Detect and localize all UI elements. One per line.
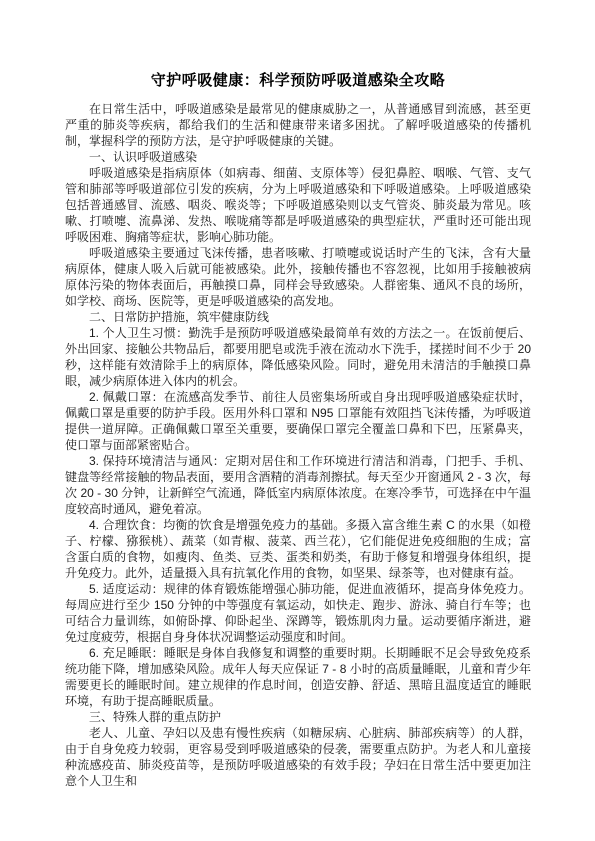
body-paragraph: 呼吸道感染主要通过飞沫传播，患者咳嗽、打喷嚏或说话时产生的飞沫，含有大量病原体，… (65, 245, 531, 309)
closing-paragraph: 老人、儿童、孕妇以及患有慢性疾病（如糖尿病、心脏病、肺部疾病等）的人群，由于自身… (65, 725, 531, 789)
section-heading-3: 三、特殊人群的重点防护 (65, 709, 531, 725)
intro-paragraph: 在日常生活中，呼吸道感染是最常见的健康威胁之一，从普通感冒到流感，甚至更严重的肺… (65, 101, 531, 149)
list-item-paragraph-1: 1. 个人卫生习惯：勤洗手是预防呼吸道感染最简单有效的方法之一。在饭前便后、外出… (65, 325, 531, 389)
body-paragraph: 呼吸道感染是指病原体（如病毒、细菌、支原体等）侵犯鼻腔、咽喉、气管、支气管和肺部… (65, 165, 531, 245)
list-item-paragraph-5: 5. 适度运动：规律的体育锻炼能增强心肺功能，促进血液循环，提高身体免疫力。每周… (65, 581, 531, 645)
list-item-paragraph-2: 2. 佩戴口罩：在流感高发季节、前往人员密集场所或自身出现呼吸道感染症状时，佩戴… (65, 389, 531, 453)
document-page: 守护呼吸健康：科学预防呼吸道感染全攻略 在日常生活中，呼吸道感染是最常见的健康威… (0, 0, 595, 841)
section-heading-2: 二、日常防护措施，筑牢健康防线 (65, 309, 531, 325)
list-item-paragraph-6: 6. 充足睡眠：睡眠是身体自我修复和调整的重要时期。长期睡眠不足会导致免疫系统功… (65, 645, 531, 709)
page-title: 守护呼吸健康：科学预防呼吸道感染全攻略 (65, 70, 531, 92)
section-heading-1: 一、认识呼吸道感染 (65, 149, 531, 165)
list-item-paragraph-3: 3. 保持环境清洁与通风：定期对居住和工作环境进行清洁和消毒，门把手、手机、键盘… (65, 453, 531, 517)
list-item-paragraph-4: 4. 合理饮食：均衡的饮食是增强免疫力的基础。多摄入富含维生素 C 的水果（如橙… (65, 517, 531, 581)
